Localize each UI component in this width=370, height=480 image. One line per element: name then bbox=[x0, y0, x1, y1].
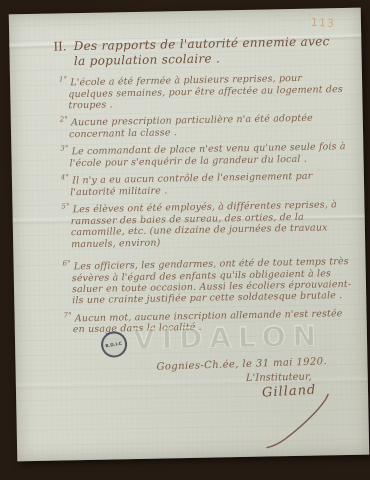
list-item: 2°Aucune prescription particulière n'a é… bbox=[55, 109, 349, 141]
section-heading: II. Des rapports de l'autorité ennemie a… bbox=[53, 34, 348, 70]
section-title: Des rapports de l'autorité ennemie avec … bbox=[74, 34, 330, 69]
section-title-line1: Des rapports de l'autorité ennemie avec bbox=[74, 34, 330, 53]
section-number: II. bbox=[53, 39, 67, 69]
list-item: 4°Il n'y a eu aucun contrôle de l'enseig… bbox=[56, 167, 350, 199]
list-item: 3°Le commandant de place n'est venu qu'u… bbox=[55, 138, 349, 170]
item-text: Les officiers, les gendarmes, ont été de… bbox=[72, 256, 352, 307]
item-number: 5° bbox=[61, 203, 69, 211]
signature: Gilland bbox=[261, 383, 316, 401]
folio-number: 113 bbox=[311, 16, 336, 30]
photo-background: 113 II. Des rapports de l'autorité ennem… bbox=[0, 0, 370, 480]
item-number: 3° bbox=[60, 145, 68, 153]
document-page: 113 II. Des rapports de l'autorité ennem… bbox=[9, 8, 370, 462]
item-number: 7° bbox=[63, 311, 71, 319]
item-text: Le commandant de place n'est venu qu'une… bbox=[70, 141, 346, 169]
item-text: Les élèves ont été employés, à différent… bbox=[71, 200, 337, 250]
item-number: 1° bbox=[59, 75, 67, 83]
list-item: 7°Aucun mot, aucune inscription allemand… bbox=[58, 305, 352, 337]
list-item: 5°Les élèves ont été employés, à différe… bbox=[56, 196, 351, 250]
bdic-stamp-label: B.D.I.C bbox=[106, 341, 123, 349]
list-item: 1°L'école a été fermée à plusieurs repri… bbox=[54, 69, 349, 112]
signoff: L'Instituteur, bbox=[246, 372, 312, 384]
item-text: Aucune prescription particulière n'a été… bbox=[69, 113, 313, 140]
numbered-list: 1°L'école a été fermée à plusieurs repri… bbox=[54, 69, 353, 336]
list-item: 6°Les officiers, les gendarmes, ont été … bbox=[57, 253, 352, 307]
item-number: 2° bbox=[60, 116, 68, 124]
document-text: II. Des rapports de l'autorité ennemie a… bbox=[53, 34, 353, 339]
section-title-line2: la population scolaire . bbox=[74, 51, 220, 68]
item-number: 6° bbox=[62, 259, 70, 267]
item-text: Il n'y a eu aucun contrôle de l'enseigne… bbox=[70, 171, 312, 198]
item-text: L'école a été fermée à plusieurs reprise… bbox=[68, 73, 343, 111]
dateline: Gognies-Ch.ée, le 31 mai 1920. bbox=[157, 356, 328, 373]
item-number: 4° bbox=[61, 174, 69, 182]
